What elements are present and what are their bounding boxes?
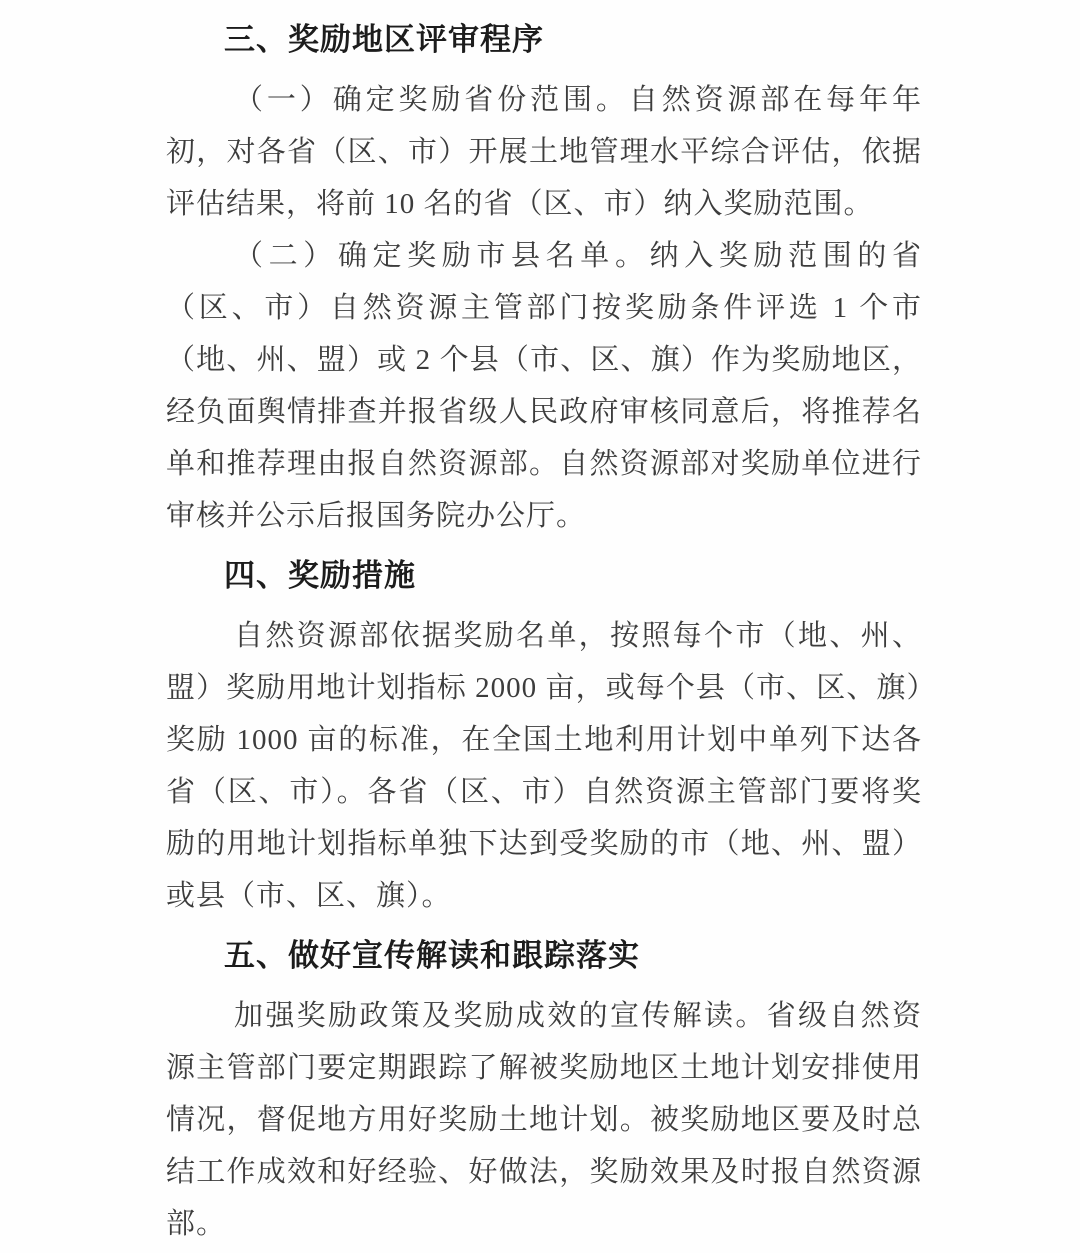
section-heading-review-procedure: 三、奖励地区评审程序 [166,14,922,66]
document-text-block: 三、奖励地区评审程序 （一）确定奖励省份范围。自然资源部在每年年初，对各省（区、… [166,6,922,1250]
paragraph-reward-quota-standards: 自然资源部依据奖励名单，按照每个市（地、州、盟）奖励用地计划指标 2000 亩，… [166,610,922,922]
section-heading-reward-measures: 四、奖励措施 [166,550,922,602]
paragraph-determine-province-scope: （一）确定奖励省份范围。自然资源部在每年年初，对各省（区、市）开展土地管理水平综… [166,74,922,230]
section-heading-publicity-follow-up: 五、做好宣传解读和跟踪落实 [166,930,922,982]
document-page: 三、奖励地区评审程序 （一）确定奖励省份范围。自然资源部在每年年初，对各省（区、… [0,0,1080,1253]
paragraph-publicity-tracking: 加强奖励政策及奖励成效的宣传解读。省级自然资源主管部门要定期跟踪了解被奖励地区土… [166,990,922,1250]
paragraph-determine-city-county-list: （二）确定奖励市县名单。纳入奖励范围的省（区、市）自然资源主管部门按奖励条件评选… [166,230,922,542]
